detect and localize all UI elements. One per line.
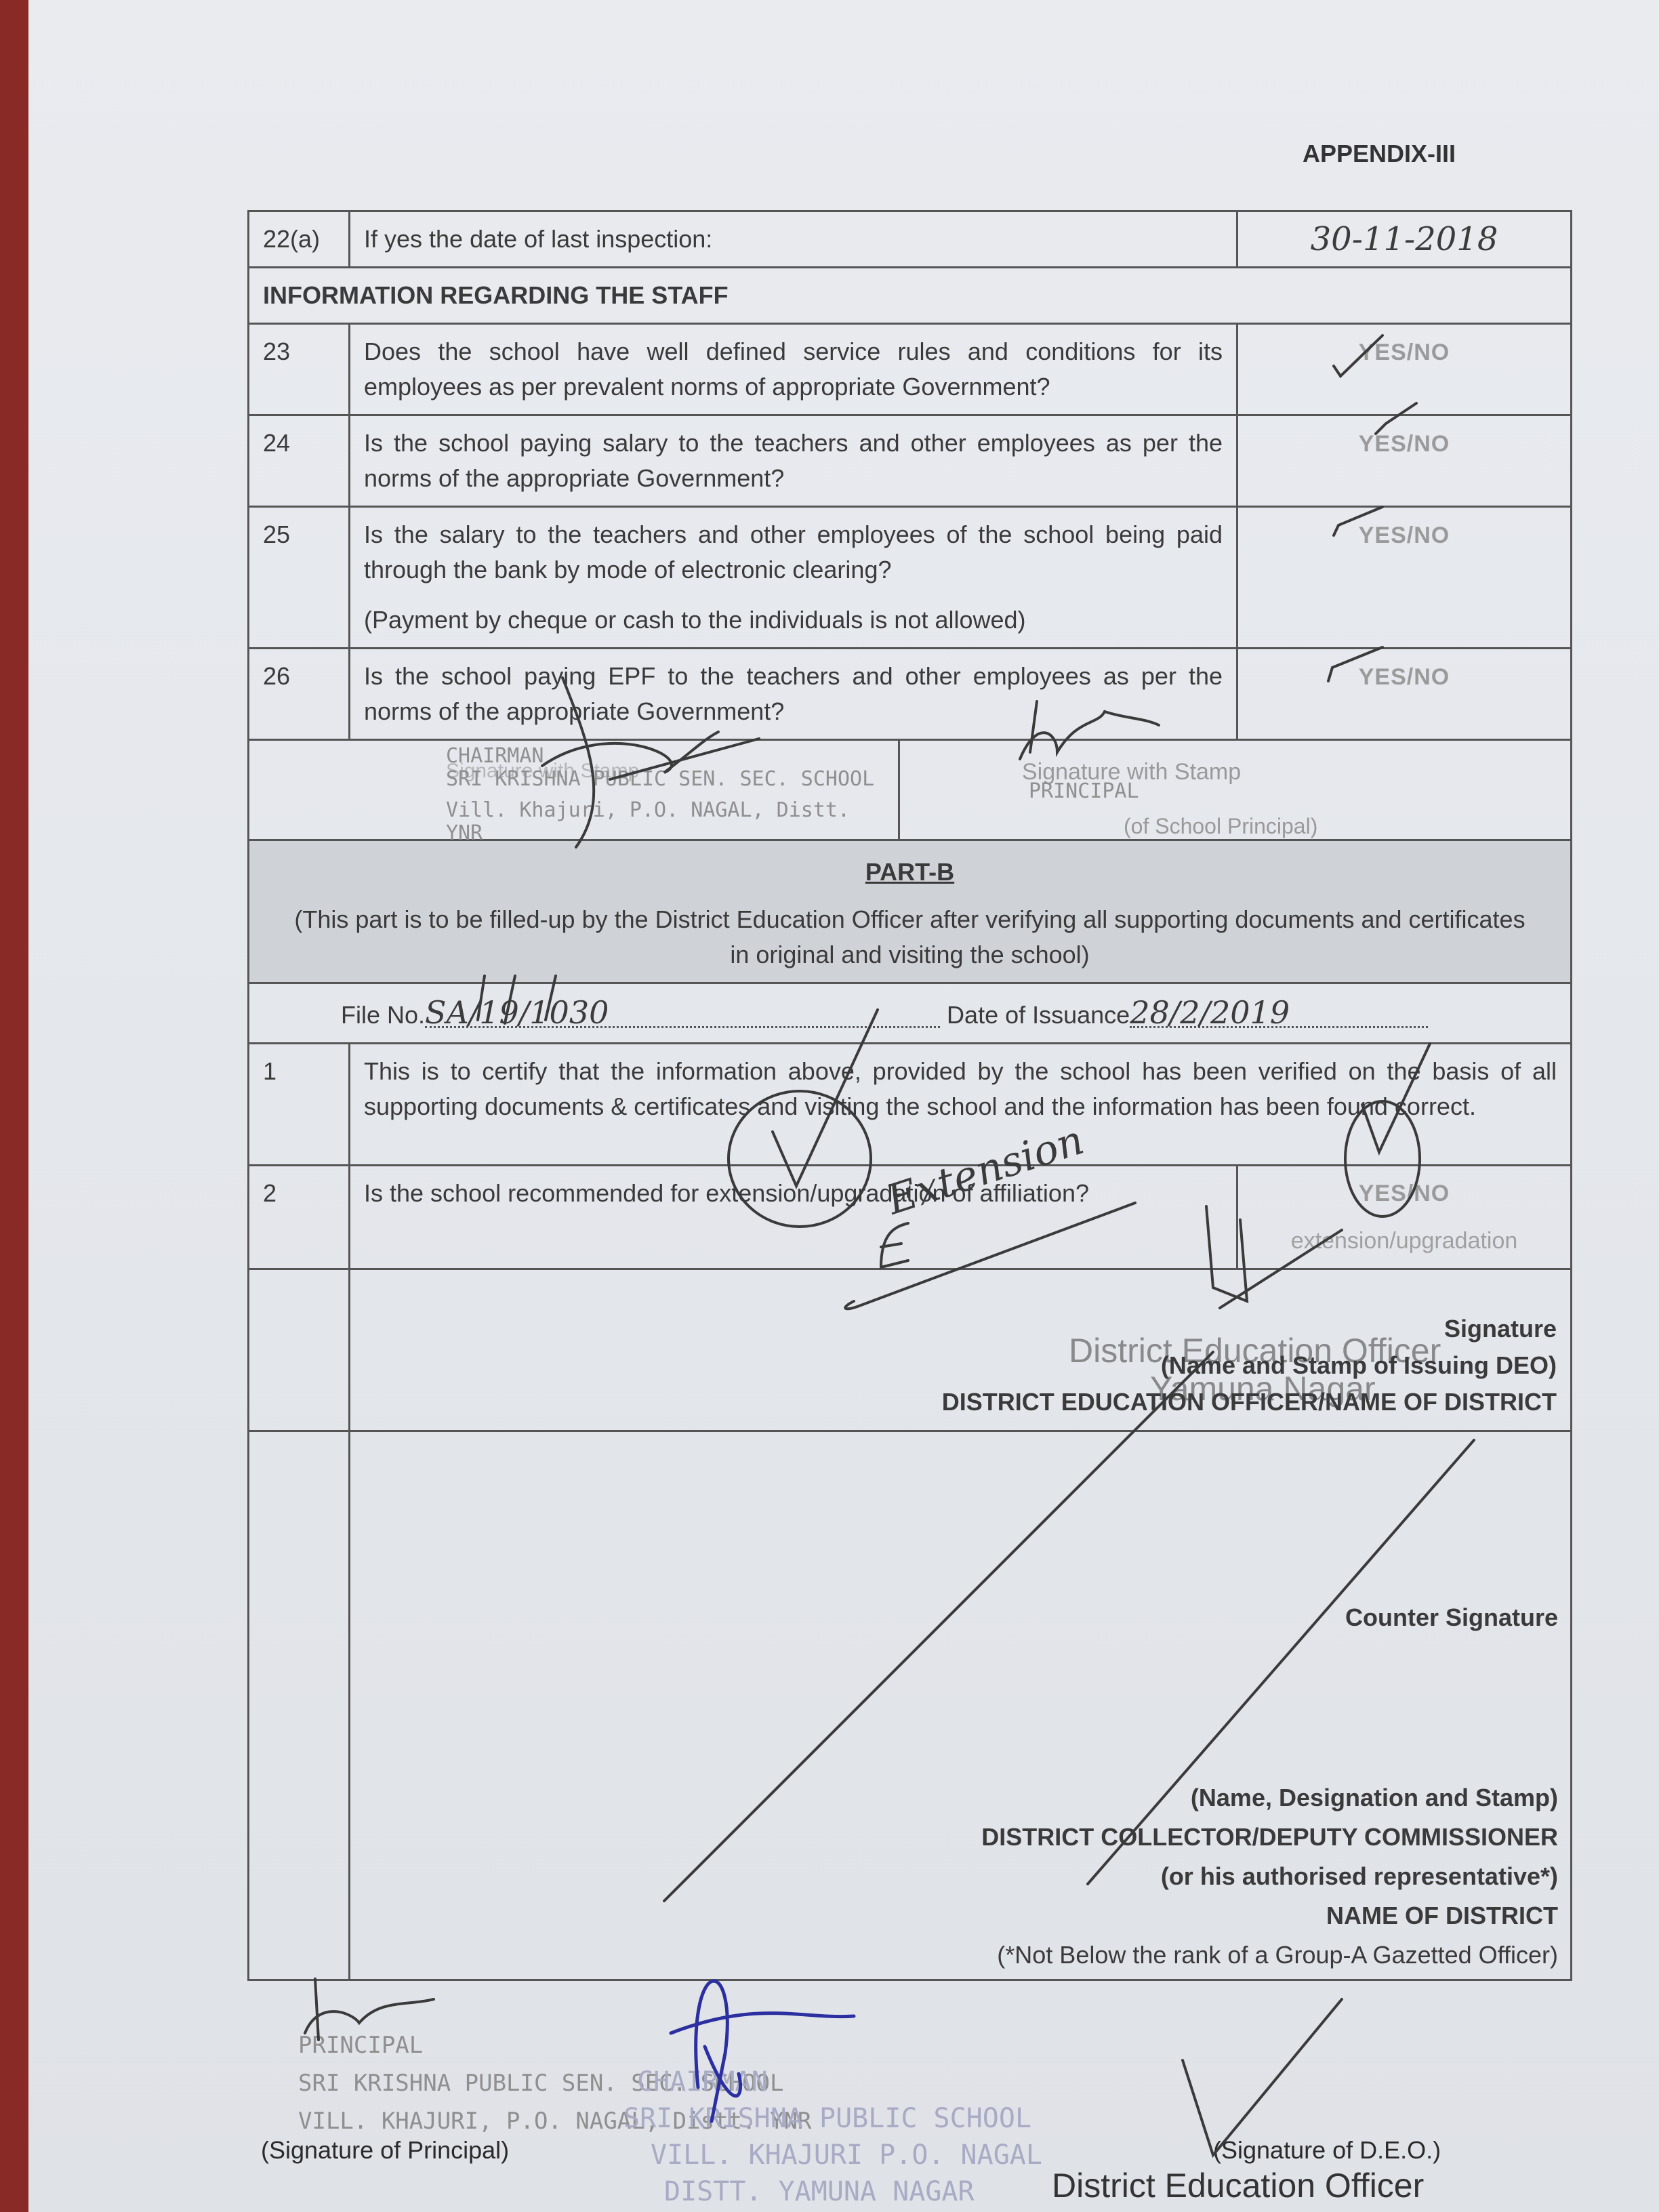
date-of-issuance-label: Date of Issuance xyxy=(947,1001,1130,1029)
row-number: 1 xyxy=(249,1044,350,1166)
principal-signature-label: (Signature of Principal) xyxy=(261,2136,509,2165)
recommendation-question: Is the school recommended for extension/… xyxy=(350,1166,1237,1269)
file-no-label: File No. xyxy=(341,1001,425,1029)
yes-no-answer[interactable]: YES/NO xyxy=(1237,324,1572,415)
deo-name-stamp-label: (Name and Stamp of Issuing DEO) xyxy=(364,1347,1557,1384)
deo-signature-label: Signature xyxy=(364,1311,1557,1347)
principal-signature-sublabel: (of School Principal) xyxy=(1124,808,1317,844)
question-text: Is the school paying EPF to the teachers… xyxy=(350,649,1237,740)
file-no-field[interactable]: SA/19/1030 xyxy=(425,999,940,1028)
table-row: 22(a) If yes the date of last inspection… xyxy=(249,211,1572,268)
question-text: Does the school have well defined servic… xyxy=(350,324,1237,415)
table-row: 23 Does the school have well defined ser… xyxy=(249,324,1572,415)
file-number-row: File No.SA/19/1030 Date of Issuance28/2/… xyxy=(249,983,1572,1044)
yes-no-answer[interactable]: YES/NO xyxy=(1237,649,1572,740)
counter-signature-details: (Name, Designation and Stamp) DISTRICT C… xyxy=(981,1778,1558,1975)
chairman-signature-box: CHAIRMAN SRI KRISHNA PUBLIC SEN. SEC. SC… xyxy=(249,741,900,841)
school-signature-row: CHAIRMAN SRI KRISHNA PUBLIC SEN. SEC. SC… xyxy=(249,740,1572,840)
row-number: 26 xyxy=(249,649,350,740)
question-text: Is the school paying salary to the teach… xyxy=(350,415,1237,507)
yes-no-answer[interactable]: YES/NO xyxy=(1237,507,1572,649)
deo-signature-label: (Signature of D.E.O.) xyxy=(1213,2136,1441,2165)
chairman-signature-label: Signature with Stamp xyxy=(446,760,639,783)
part-b-header: PART-B (This part is to be filled-up by … xyxy=(249,840,1572,983)
recommendation-answer[interactable]: YES/NO extension/upgradation xyxy=(1237,1166,1572,1269)
row-number: 25 xyxy=(249,507,350,649)
date-of-issuance-field[interactable]: 28/2/2019 xyxy=(1130,999,1428,1028)
question-cell: Is the salary to the teachers and other … xyxy=(350,507,1237,649)
appendix-form-table: 22(a) If yes the date of last inspection… xyxy=(247,210,1572,1981)
counter-signature-row: Counter Signature (Name, Designation and… xyxy=(249,1431,1572,1980)
yes-no-answer[interactable]: YES/NO xyxy=(1237,415,1572,507)
certification-text: This is to certify that the information … xyxy=(350,1044,1572,1166)
section-header: INFORMATION REGARDING THE STAFF xyxy=(249,268,1572,324)
row-number: 24 xyxy=(249,415,350,507)
table-row: 1 This is to certify that the informatio… xyxy=(249,1044,1572,1166)
counter-signature-title: Counter Signature xyxy=(1345,1600,1558,1635)
table-row: 26 Is the school paying EPF to the teach… xyxy=(249,649,1572,740)
deo-designation: DISTRICT EDUCATION OFFICER/NAME OF DISTR… xyxy=(364,1384,1557,1420)
part-b-title: PART-B xyxy=(263,855,1557,890)
chairman-footer-stamp: CHAIRMAN SRI KRISHNA PUBLIC SCHOOL VILL.… xyxy=(623,2064,1042,2210)
table-row: 25 Is the salary to the teachers and oth… xyxy=(249,507,1572,649)
deo-footer-stamp: District Education Officer xyxy=(1052,2166,1424,2205)
row-number: 23 xyxy=(249,324,350,415)
question-text: If yes the date of last inspection: xyxy=(350,211,1237,268)
principal-stamp: PRINCIPAL xyxy=(1029,780,1139,803)
section-header-row: INFORMATION REGARDING THE STAFF xyxy=(249,268,1572,324)
counter-signature-cell: Counter Signature (Name, Designation and… xyxy=(350,1431,1572,1980)
deo-signature-row: District Education Officer Yamuna Nagar … xyxy=(249,1269,1572,1431)
file-number-cell: File No.SA/19/1030 Date of Issuance28/2/… xyxy=(249,983,1572,1044)
question-note: (Payment by cheque or cash to the indivi… xyxy=(364,602,1223,638)
inspection-date[interactable]: 30-11-2018 xyxy=(1237,211,1572,268)
table-row: 24 Is the school paying salary to the te… xyxy=(249,415,1572,507)
row-number: 2 xyxy=(249,1166,350,1269)
answer-sub-label: extension/upgradation xyxy=(1252,1223,1557,1258)
part-b-description: (This part is to be filled-up by the Dis… xyxy=(263,902,1557,972)
deo-signature-cell: District Education Officer Yamuna Nagar … xyxy=(350,1269,1572,1431)
row-number: 22(a) xyxy=(249,211,350,268)
question-text: Is the salary to the teachers and other … xyxy=(364,517,1223,588)
signature-cell: CHAIRMAN SRI KRISHNA PUBLIC SEN. SEC. SC… xyxy=(249,740,1572,840)
part-b-header-row: PART-B (This part is to be filled-up by … xyxy=(249,840,1572,983)
appendix-label: APPENDIX-III xyxy=(1303,140,1456,168)
